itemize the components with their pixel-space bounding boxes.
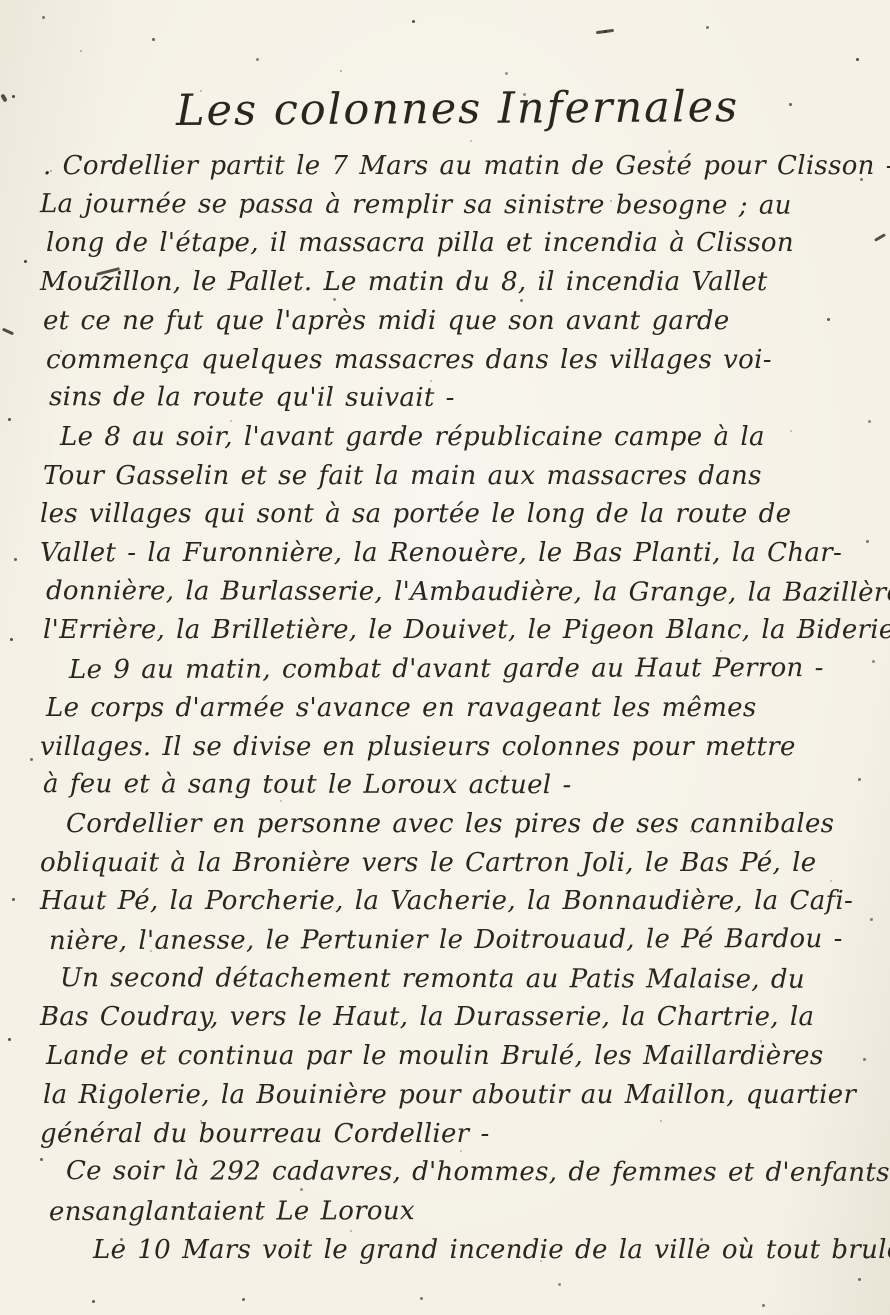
- handwritten-line: Un second détachement remonta au Patis M…: [40, 959, 868, 999]
- ink-stray-mark: [0, 94, 7, 103]
- handwritten-line: Le corps d'armée s'avance en ravageant l…: [46, 689, 868, 728]
- ink-speckles-light: [0, 0, 2, 2]
- handwritten-line: à feu et à sang tout le Loroux actuel -: [43, 765, 868, 805]
- handwritten-line: Mouzillon, le Pallet. Le matin du 8, il …: [40, 263, 868, 302]
- handwritten-line: l'Errière, la Brilletière, le Douivet, l…: [43, 611, 868, 650]
- handwritten-line: et ce ne fut que l'après midi que son av…: [43, 302, 868, 341]
- handwritten-line: Tour Gasselin et se fait la main aux mas…: [43, 457, 868, 496]
- handwritten-line: les villages qui sont à sa portée le lon…: [40, 495, 868, 534]
- ink-stray-mark: [874, 233, 886, 242]
- handwritten-line: obliquait à la Bronière vers le Cartron …: [40, 844, 868, 883]
- ink-stray-mark: [2, 328, 14, 336]
- handwritten-line: Le 8 au soir, l'avant garde républicaine…: [40, 418, 868, 457]
- ink-stray-mark: [596, 29, 614, 34]
- handwritten-line: long de l'étape, il massacra pilla et in…: [46, 224, 868, 263]
- handwritten-line: Lande et continua par le moulin Brulé, l…: [46, 1037, 868, 1076]
- handwritten-line: nière, l'anesse, le Pertunier le Doitrou…: [49, 920, 868, 961]
- handwritten-line: donnière, la Burlasserie, l'Ambaudière, …: [46, 572, 868, 612]
- handwritten-line: la Rigolerie, la Bouinière pour aboutir …: [43, 1076, 868, 1115]
- handwritten-line: ensanglantaient Le Loroux: [49, 1191, 868, 1232]
- handwritten-line: Vallet - la Furonnière, la Renouère, le …: [40, 534, 868, 573]
- handwritten-line: La journée se passa à remplir sa sinistr…: [40, 185, 868, 225]
- handwritten-line: général du bourreau Cordellier -: [40, 1115, 868, 1154]
- handwritten-line: sins de la route qu'il suivait -: [49, 378, 868, 418]
- document-body: . Cordellier partit le 7 Mars au matin d…: [40, 147, 868, 1269]
- handwritten-line: Ce soir là 292 cadavres, d'hommes, de fe…: [46, 1152, 868, 1192]
- handwritten-line: Le 9 au matin, combat d'avant garde au H…: [49, 649, 868, 690]
- handwritten-line: villages. Il se divise en plusieurs colo…: [40, 728, 868, 767]
- scanned-manuscript-page: Les colonnes Infernales . Cordellier par…: [0, 0, 890, 1315]
- document-title: Les colonnes Infernales: [176, 82, 739, 136]
- handwritten-line: Bas Coudray, vers le Haut, la Durasserie…: [40, 998, 868, 1037]
- handwritten-line: Le 10 Mars voit le grand incendie de la …: [43, 1231, 868, 1270]
- handwritten-line: Cordellier en personne avec les pires de…: [46, 805, 868, 844]
- handwritten-line: commença quelques massacres dans les vil…: [46, 341, 868, 380]
- handwritten-line: . Cordellier partit le 7 Mars au matin d…: [43, 147, 868, 186]
- handwritten-line: Haut Pé, la Porcherie, la Vacherie, la B…: [40, 882, 868, 921]
